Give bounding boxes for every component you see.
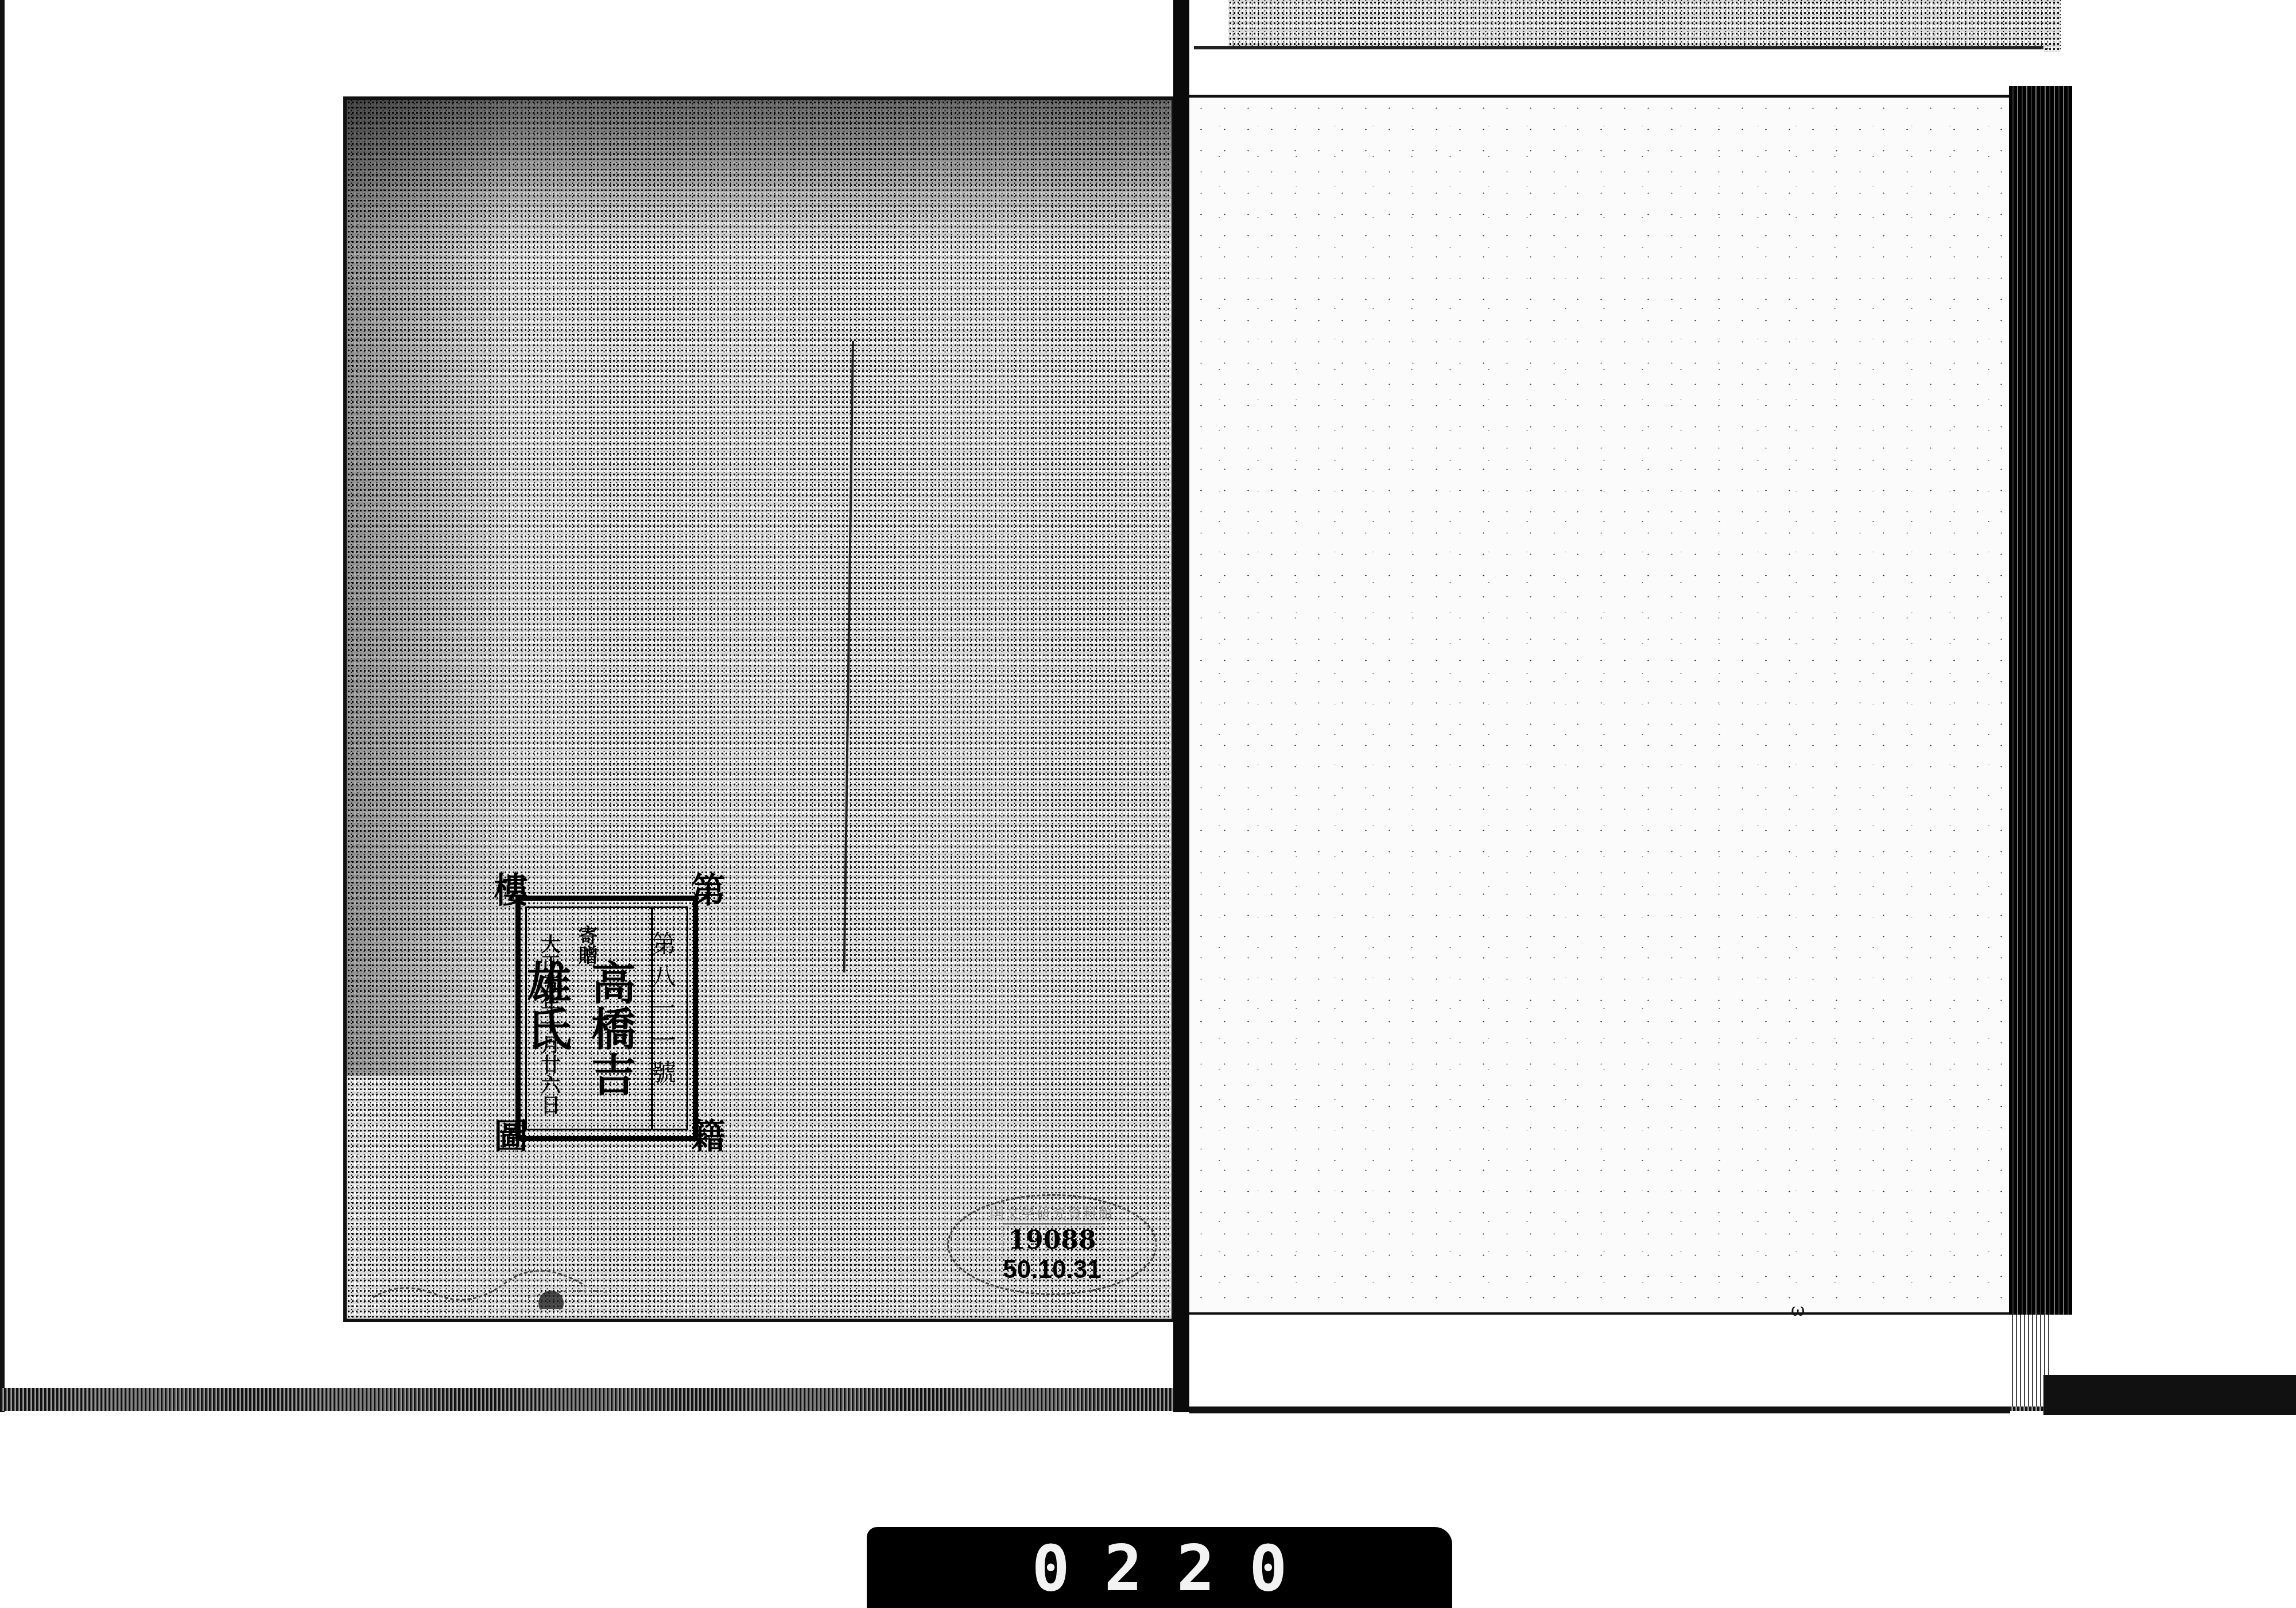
book-fore-edge (2009, 86, 2072, 1315)
scan-bottom-right-shadow (2043, 1375, 2296, 1415)
book-top-edge (1228, 0, 2061, 52)
label-inner-frame: 第八一一號 寄贈 高橋吉雄氏 大正五年十月廿六日 (525, 906, 688, 1130)
corner-ornament-top-left: 樓 (494, 874, 528, 908)
corner-ornament-bottom-left: 圖 (494, 1119, 528, 1154)
stamp-date: 50.10.31 (949, 1256, 1155, 1284)
label-frame: 第八一一號 寄贈 高橋吉雄氏 大正五年十月廿六日 (515, 896, 698, 1141)
book-gutter (1173, 0, 1189, 1412)
label-donation-word: 寄贈 (572, 925, 600, 964)
right-page-blank-leaf (1189, 95, 2011, 1315)
corner-ornament-bottom-right: 籍 (691, 1119, 726, 1154)
pencil-scribble (367, 1263, 654, 1309)
donation-label: 第八一一號 寄贈 高橋吉雄氏 大正五年十月廿六日 樓 第 圖 籍 (505, 878, 712, 1148)
library-accession-stamp: 国文学研究資料館 19088 50.10.31 (947, 1194, 1157, 1295)
microfilm-frame-counter: 0220 (867, 1527, 1452, 1608)
corner-ornament-top-right: 第 (691, 874, 726, 908)
frame-number: 0220 (867, 1532, 1452, 1605)
right-page-pencil-mark: ω (1791, 1300, 1805, 1320)
scan-left-edge (0, 0, 5, 1412)
stamp-accession-number: 19088 (949, 1226, 1155, 1255)
right-page-lower-leaf (1189, 1315, 2010, 1413)
label-number: 第八一一號 (645, 931, 680, 1092)
binding-thread (843, 341, 854, 972)
left-page-endpaper (343, 96, 1173, 1322)
stamp-arc-text: 国文学研究資料館 (972, 1202, 1133, 1222)
label-date: 大正五年十月廿六日 (535, 934, 563, 1115)
label-donor-name: 高橋吉雄氏 (513, 960, 642, 1129)
